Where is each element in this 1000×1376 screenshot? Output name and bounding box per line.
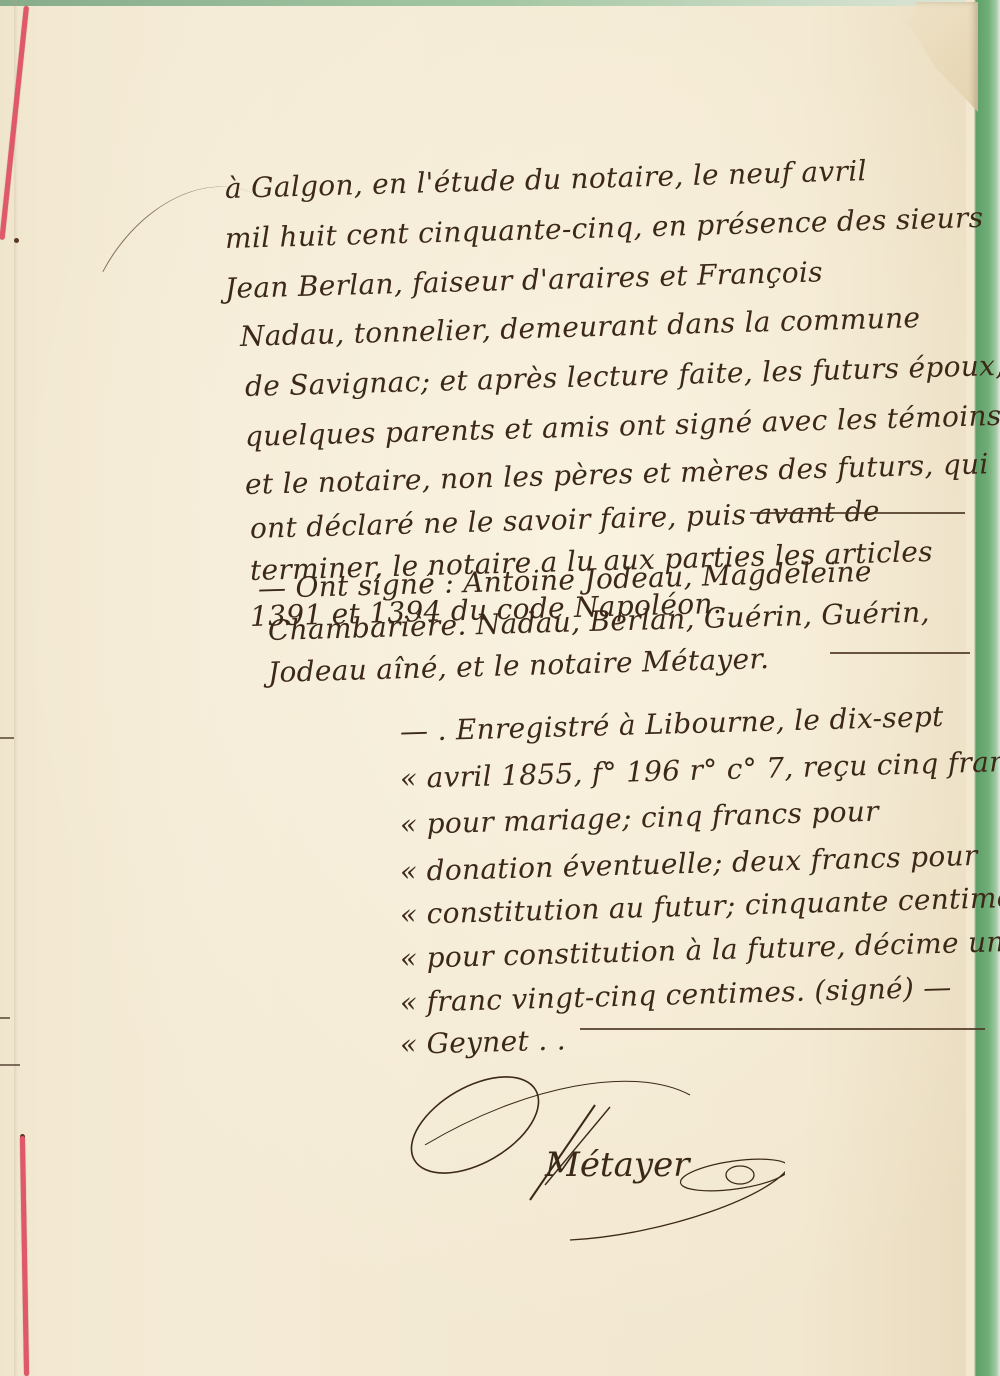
line-filler-rule (580, 1028, 985, 1030)
text-line: « donation éventuelle; deux francs pour (400, 839, 978, 889)
folded-corner (908, 2, 978, 112)
text-line: à Galgon, en l'étude du notaire, le neuf… (225, 154, 868, 206)
line-filler-rule (830, 652, 970, 654)
text-line: « Geynet . . (400, 1023, 567, 1062)
bleed-through-mark (0, 1017, 10, 1019)
signature-name: Métayer (545, 1145, 689, 1185)
binding-fold-shadow (14, 0, 18, 1376)
text-line: de Savignac; et après lecture faite, les… (245, 349, 1000, 404)
bleed-through-mark (0, 1064, 20, 1066)
line-filler-rule (750, 512, 965, 514)
text-line: Jean Berlan, faiseur d'araires et Franço… (225, 255, 824, 306)
text-line: quelques parents et amis ont signé avec … (245, 399, 1000, 454)
binding-thread-bottom (20, 1136, 29, 1376)
binding-hole-top (14, 238, 19, 243)
text-line: « pour mariage; cinq francs pour (400, 795, 880, 842)
text-line: « pour constitution à la future, décime … (400, 925, 1000, 976)
bleed-through-mark (0, 737, 14, 739)
cover-top-edge (0, 0, 1000, 6)
notary-signature: Métayer (405, 1065, 785, 1245)
text-line: Nadau, tonnelier, demeurant dans la comm… (240, 301, 921, 354)
text-line: — . Enregistré à Libourne, le dix-sept (400, 700, 945, 749)
text-line: « franc vingt-cinq centimes. (signé) — (400, 971, 953, 1020)
text-line: « constitution au futur; cinquante centi… (400, 880, 1000, 932)
text-line: Jodeau aîné, et le notaire Métayer. (268, 642, 770, 690)
text-line: « avril 1855, f° 196 r° c° 7, reçu cinq … (400, 744, 1000, 796)
text-line: mil huit cent cinquante-cinq, en présenc… (225, 201, 984, 256)
scanned-document-page: à Galgon, en l'étude du notaire, le neuf… (0, 0, 1000, 1376)
